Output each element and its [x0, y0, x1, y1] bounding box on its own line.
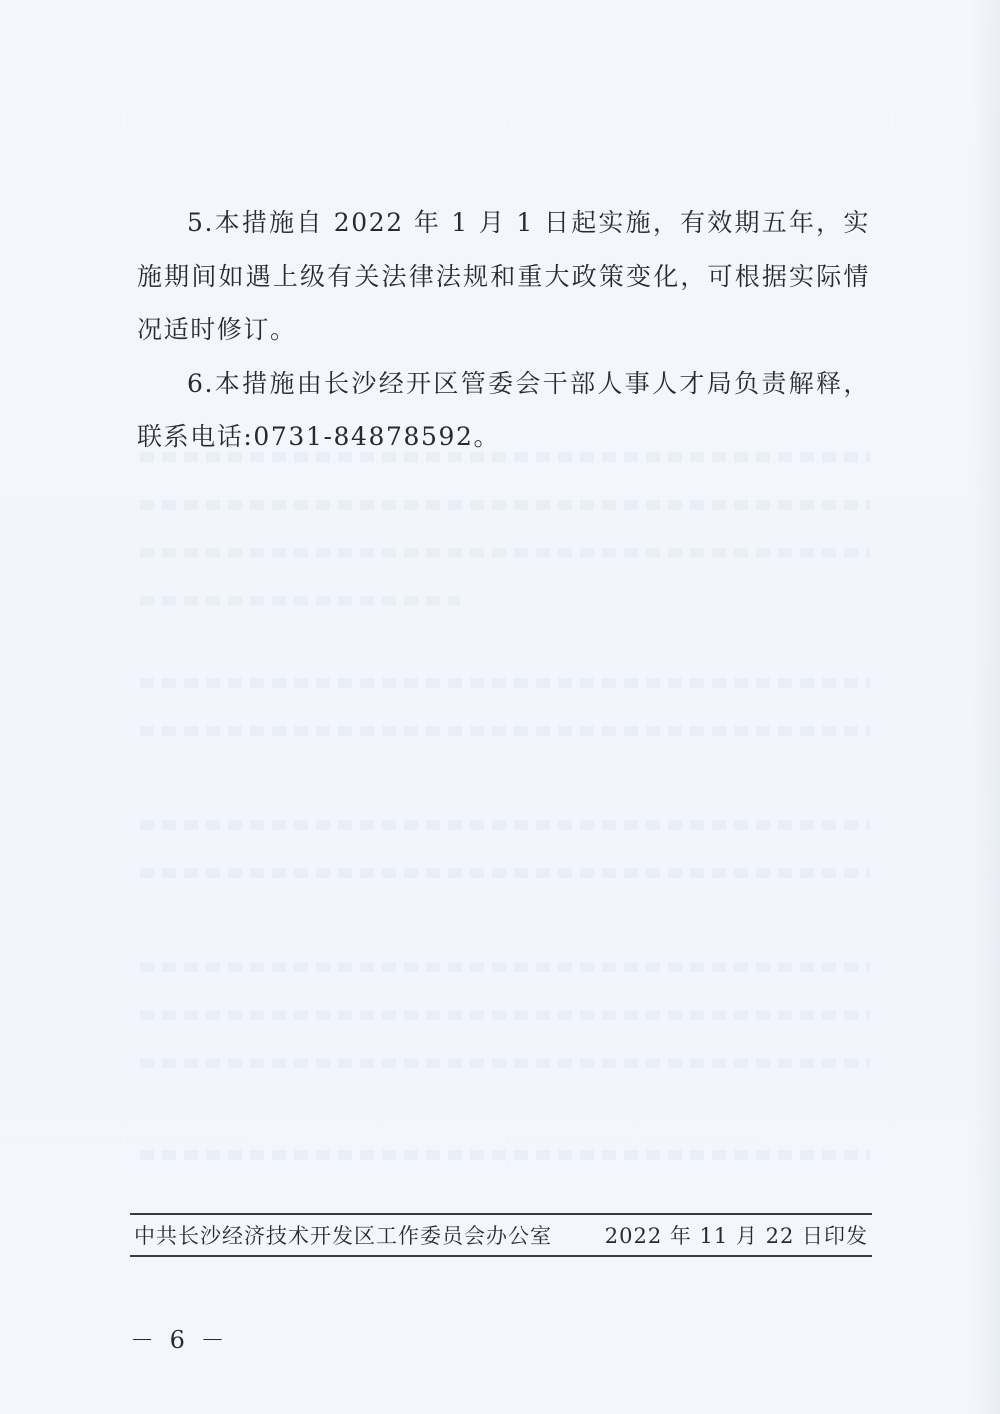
body-text: 5.本措施自 2022 年 1 月 1 日起实施，有效期五年，实施期间如遇上级有… — [137, 196, 870, 464]
print-date: 2022 年 11 月 22 日印发 — [605, 1220, 868, 1250]
bleed-through-line — [140, 596, 460, 606]
issuance-footer: 中共长沙经济技术开发区工作委员会办公室 2022 年 11 月 22 日印发 — [130, 1213, 872, 1257]
bleed-through-line — [140, 500, 870, 510]
bleed-through-line — [140, 678, 870, 688]
bleed-through-line — [140, 1150, 870, 1160]
bleed-through-line — [140, 868, 870, 878]
paragraph-item-6: 6.本措施由长沙经开区管委会干部人事人才局负责解释，联系电话:0731-8487… — [137, 357, 870, 464]
footer-row: 中共长沙经济技术开发区工作委员会办公室 2022 年 11 月 22 日印发 — [130, 1215, 872, 1255]
bleed-through-line — [140, 1058, 870, 1068]
issuer-name: 中共长沙经济技术开发区工作委员会办公室 — [134, 1220, 552, 1250]
scan-edge-shadow — [972, 0, 1000, 1414]
document-page: 5.本措施自 2022 年 1 月 1 日起实施，有效期五年，实施期间如遇上级有… — [0, 0, 1000, 1414]
bleed-through-line — [140, 820, 870, 830]
bleed-through-line — [140, 726, 870, 736]
bleed-through-line — [140, 548, 870, 558]
bleed-through-line — [140, 962, 870, 972]
bleed-through-line — [140, 1010, 870, 1020]
paragraph-item-5: 5.本措施自 2022 年 1 月 1 日起实施，有效期五年，实施期间如遇上级有… — [137, 196, 870, 357]
page-number: － 6 － — [130, 1320, 229, 1355]
footer-bottom-rule — [130, 1255, 872, 1257]
